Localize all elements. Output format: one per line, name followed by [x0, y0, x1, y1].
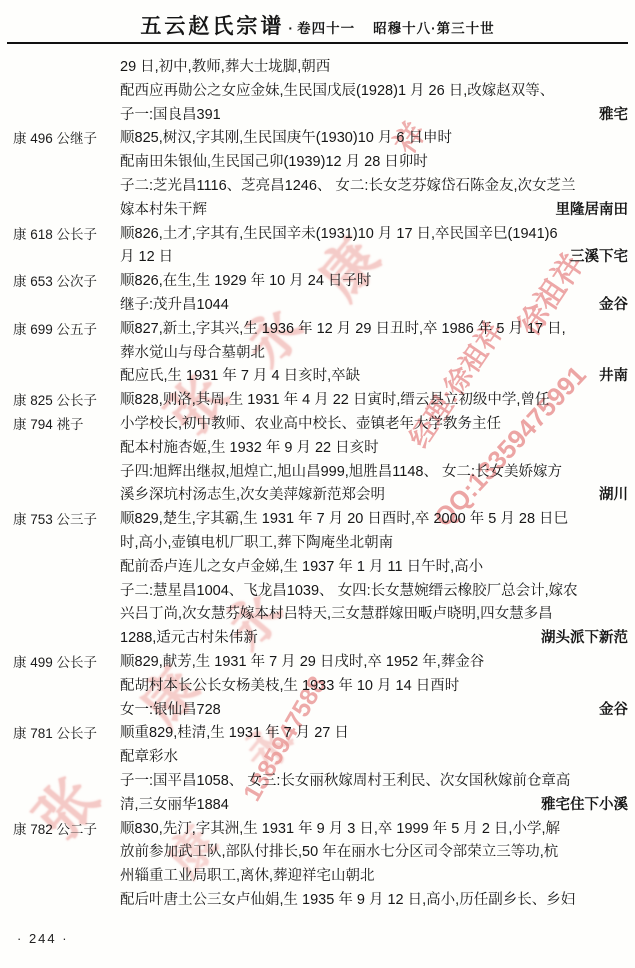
entry-line: 配前岙卢连儿之女卢金娣,生 1937 年 1 月 11 日午时,高小: [120, 556, 628, 580]
entry-line-text: 1288,适元古村朱伟新: [120, 627, 258, 651]
entry-line: 顺829,楚生,字其霸,生 1931 年 7 月 20 日酉时,卒 2000 年…: [120, 508, 628, 532]
entry-label: 康 782 公二子: [13, 818, 120, 842]
entry-label: 康 499 公长子: [13, 651, 120, 675]
entry-line-text: 子四:旭辉出继叔,旭煌亡,旭山昌999,旭胜昌1148、 女二:长女美娇嫁方: [120, 461, 562, 485]
entry-body: 顺828,则洛,其周,生 1931 年 4 月 22 日寅时,缙云县立初级中学,…: [120, 389, 635, 508]
entry-line: 清,三女丽华1884雅宅住下小溪: [120, 794, 628, 818]
genealogy-content: 29 日,初中,教师,葬大士垅脚,朝西配西应再勋公之女应金妹,生民国戊辰(192…: [0, 56, 635, 913]
entry-line-text: 配胡村本长公长女杨美枝,生 1933 年 10 月 14 日酉时: [120, 675, 459, 699]
entry-line-text: 继子:茂升昌1044: [120, 294, 229, 318]
entry-line: 子四:旭辉出继叔,旭煌亡,旭山昌999,旭胜昌1148、 女二:长女美娇嫁方: [120, 461, 628, 485]
location-tag: 金谷: [591, 294, 628, 318]
entry-line-text: 配章彩水: [120, 746, 178, 770]
location-tag: 雅宅: [591, 104, 628, 128]
entry-line: 继子:茂升昌1044金谷: [120, 294, 628, 318]
entry-label-column: 康 499 公长子: [0, 651, 120, 722]
entry-line: 女一:银仙昌728金谷: [120, 699, 628, 723]
entry-label-column: 康 781 公长子: [0, 722, 120, 817]
entry-body: 顺重829,桂清,生 1931 年 7 月 27 日配章彩水子一:国平昌1058…: [120, 722, 635, 817]
entry-line-text: 配南田朱银仙,生民国己卯(1939)12 月 28 日卯时: [120, 151, 428, 175]
entry-line-text: 配前岙卢连儿之女卢金娣,生 1937 年 1 月 11 日午时,高小: [120, 556, 483, 580]
entry-line-text: 女一:银仙昌728: [120, 699, 221, 723]
entry: 康 618 公长子顺826,土才,字其有,生民国辛未(1931)10 月 17 …: [0, 223, 635, 271]
entry: 康 499 公长子顺829,献芳,生 1931 年 7 月 29 日戌时,卒 1…: [0, 651, 635, 722]
entry-line-text: 葬水觉山与母合墓朝北: [120, 342, 265, 366]
entry-label: 康 618 公长子: [13, 223, 120, 247]
volume-label: 卷四十一: [297, 21, 355, 36]
entry-body: 顺827,新土,字其兴,生 1936 年 12 月 29 日丑时,卒 1986 …: [120, 318, 635, 389]
entry-line-text: 配应氏,生 1931 年 7 月 4 日亥时,卒缺: [120, 365, 360, 389]
entry-line-text: 溪乡深坑村汤志生,次女美萍嫁新范郑会明: [120, 484, 385, 508]
entry-line-text: 顺825,树汉,字其刚,生民国庚午(1930)10 月 6 日申时: [120, 127, 452, 151]
entry: 29 日,初中,教师,葬大士垅脚,朝西配西应再勋公之女应金妹,生民国戊辰(192…: [0, 56, 635, 127]
entry: 康 782 公二子顺830,先汀,字其洲,生 1931 年 9 月 3 日,卒 …: [0, 818, 635, 913]
entry-line-text: 时,高小,壶镇电机厂职工,葬下陶庵坐北朝南: [120, 532, 393, 556]
entry: 康 753 公三子顺829,楚生,字其霸,生 1931 年 7 月 20 日酉时…: [0, 508, 635, 651]
entry-line: 配西应再勋公之女应金妹,生民国戊辰(1928)1 月 26 日,改嫁赵双等、: [120, 80, 628, 104]
entry-label: 康 496 公继子: [13, 127, 120, 151]
entry-label-column: 康 618 公长子: [0, 223, 120, 271]
section-label: 昭穆十八·第三十世: [355, 21, 495, 36]
entry-line: 顺826,在生,生 1929 年 10 月 24 日子时: [120, 270, 628, 294]
page-header: 五云赵氏宗谱·卷四十一昭穆十八·第三十世: [0, 10, 635, 40]
entry: 康 699 公五子顺827,新土,字其兴,生 1936 年 12 月 29 日丑…: [0, 318, 635, 389]
entry-line-text: 配后叶唐土公三女卢仙娟,生 1935 年 9 月 12 日,高小,历任副乡长、乡…: [120, 889, 575, 913]
entry-line: 顺825,树汉,字其刚,生民国庚午(1930)10 月 6 日申时: [120, 127, 628, 151]
entry-line: 时,高小,壶镇电机厂职工,葬下陶庵坐北朝南: [120, 532, 628, 556]
entry-body: 顺829,献芳,生 1931 年 7 月 29 日戌时,卒 1952 年,葬金谷…: [120, 651, 635, 722]
entry-label: 康 825 公长子: [13, 389, 120, 413]
entry-line-text: 月 12 日: [120, 246, 173, 270]
entry-line-text: 子二:慧星昌1004、飞龙昌1039、 女四:长女慧婉缙云橡胶厂总会计,嫁农: [120, 580, 578, 604]
entry-line-text: 配西应再勋公之女应金妹,生民国戊辰(1928)1 月 26 日,改嫁赵双等、: [120, 80, 554, 104]
entry-label-column: 康 825 公长子康 794 祧子: [0, 389, 120, 508]
entry-body: 顺829,楚生,字其霸,生 1931 年 7 月 20 日酉时,卒 2000 年…: [120, 508, 635, 651]
location-tag: 湖头派下新范: [533, 627, 628, 651]
entry-line-text: 顺829,楚生,字其霸,生 1931 年 7 月 20 日酉时,卒 2000 年…: [120, 508, 568, 532]
page-number: · 244 ·: [17, 931, 69, 946]
entry-body: 顺826,土才,字其有,生民国辛未(1931)10 月 17 日,卒民国辛巳(1…: [120, 223, 635, 271]
entry-label-column: 康 782 公二子: [0, 818, 120, 913]
entry-line: 配胡村本长公长女杨美枝,生 1933 年 10 月 14 日酉时: [120, 675, 628, 699]
entry-label-column: 康 753 公三子: [0, 508, 120, 651]
entry-line: 小学校长,初中教师、农业高中校长、壶镇老年大学教务主任: [120, 413, 628, 437]
entry-line-text: 配本村施杏姬,生 1932 年 9 月 22 日亥时: [120, 437, 379, 461]
entry-line: 子一:国平昌1058、 女三:长女丽秋嫁周村王利民、次女国秋嫁前仓章高: [120, 770, 628, 794]
entry-label: 康 699 公五子: [13, 318, 120, 342]
entry-line-text: 顺828,则洛,其周,生 1931 年 4 月 22 日寅时,缙云县立初级中学,…: [120, 389, 549, 413]
entry-label-column: 康 496 公继子: [0, 127, 120, 222]
entry-label-column: 康 699 公五子: [0, 318, 120, 389]
entry-line: 配南田朱银仙,生民国己卯(1939)12 月 28 日卯时: [120, 151, 628, 175]
entry-line: 顺重829,桂清,生 1931 年 7 月 27 日: [120, 722, 628, 746]
entry-body: 29 日,初中,教师,葬大士垅脚,朝西配西应再勋公之女应金妹,生民国戊辰(192…: [120, 56, 635, 127]
entry-line: 顺830,先汀,字其洲,生 1931 年 9 月 3 日,卒 1999 年 5 …: [120, 818, 628, 842]
entry: 康 496 公继子顺825,树汉,字其刚,生民国庚午(1930)10 月 6 日…: [0, 127, 635, 222]
entry-line-text: 子一:国平昌1058、 女三:长女丽秋嫁周村王利民、次女国秋嫁前仓章高: [120, 770, 570, 794]
entry-line: 顺829,献芳,生 1931 年 7 月 29 日戌时,卒 1952 年,葬金谷: [120, 651, 628, 675]
entry-label: 康 781 公长子: [13, 722, 120, 746]
entry-line-text: 嫁本村朱干辉: [120, 199, 207, 223]
location-tag: 里隆居南田: [548, 199, 629, 223]
entry-line: 配本村施杏姬,生 1932 年 9 月 22 日亥时: [120, 437, 628, 461]
entry-line-text: 顺826,土才,字其有,生民国辛未(1931)10 月 17 日,卒民国辛巳(1…: [120, 223, 558, 247]
entry-line-text: 顺826,在生,生 1929 年 10 月 24 日子时: [120, 270, 371, 294]
location-tag: 雅宅住下小溪: [533, 794, 628, 818]
entry: 康 825 公长子康 794 祧子顺828,则洛,其周,生 1931 年 4 月…: [0, 389, 635, 508]
entry-line-text: 顺重829,桂清,生 1931 年 7 月 27 日: [120, 722, 349, 746]
entry-line: 子二:慧星昌1004、飞龙昌1039、 女四:长女慧婉缙云橡胶厂总会计,嫁农: [120, 580, 628, 604]
entry-line: 配应氏,生 1931 年 7 月 4 日亥时,卒缺井南: [120, 365, 628, 389]
entry: 康 781 公长子顺重829,桂清,生 1931 年 7 月 27 日配章彩水子…: [0, 722, 635, 817]
entry-line: 1288,适元古村朱伟新湖头派下新范: [120, 627, 628, 651]
entry-line-text: 顺829,献芳,生 1931 年 7 月 29 日戌时,卒 1952 年,葬金谷: [120, 651, 484, 675]
header-divider: [7, 42, 628, 44]
entry-line-text: 兴吕丁尚,次女慧芬嫁本村吕特天,三女慧群嫁田畈卢晓明,四女慧多昌: [120, 603, 553, 627]
title-separator: ·: [284, 20, 297, 36]
entry-line-text: 子一:国良昌391: [120, 104, 221, 128]
entry-line: 配章彩水: [120, 746, 628, 770]
entry-line-text: 小学校长,初中教师、农业高中校长、壶镇老年大学教务主任: [120, 413, 501, 437]
entry-line: 顺827,新土,字其兴,生 1936 年 12 月 29 日丑时,卒 1986 …: [120, 318, 628, 342]
entry-body: 顺830,先汀,字其洲,生 1931 年 9 月 3 日,卒 1999 年 5 …: [120, 818, 635, 913]
entry-line: 放前参加武工队,部队付排长,50 年在丽水七分区司令部荣立三等功,杭: [120, 841, 628, 865]
entry-line: 29 日,初中,教师,葬大士垅脚,朝西: [120, 56, 628, 80]
entry-line: 溪乡深坑村汤志生,次女美萍嫁新范郑会明湖川: [120, 484, 628, 508]
entry-line: 顺828,则洛,其周,生 1931 年 4 月 22 日寅时,缙云县立初级中学,…: [120, 389, 628, 413]
entry-line: 子二:芝光昌1116、芝亮昌1246、 女二:长女芝芬嫁岱石陈金友,次女芝兰: [120, 175, 628, 199]
genealogy-page: 祥徐祖祥经理:徐祖祥QQ:133594759911385947588康永张永康张…: [0, 0, 635, 968]
entry-line: 月 12 日三溪下宅: [120, 246, 628, 270]
entry-line: 州辎重工业局职工,离休,葬迎祥宅山朝北: [120, 865, 628, 889]
entry-label: 康 653 公次子: [13, 270, 120, 294]
entry-line: 子一:国良昌391雅宅: [120, 104, 628, 128]
entry-line-text: 清,三女丽华1884: [120, 794, 229, 818]
entry-line: 配后叶唐土公三女卢仙娟,生 1935 年 9 月 12 日,高小,历任副乡长、乡…: [120, 889, 628, 913]
entry-body: 顺825,树汉,字其刚,生民国庚午(1930)10 月 6 日申时配南田朱银仙,…: [120, 127, 635, 222]
entry-line: 嫁本村朱干辉里隆居南田: [120, 199, 628, 223]
book-title: 五云赵氏宗谱: [140, 15, 284, 38]
location-tag: 井南: [591, 365, 628, 389]
entry-body: 顺826,在生,生 1929 年 10 月 24 日子时继子:茂升昌1044金谷: [120, 270, 635, 318]
location-tag: 金谷: [591, 699, 628, 723]
entry-line-text: 放前参加武工队,部队付排长,50 年在丽水七分区司令部荣立三等功,杭: [120, 841, 558, 865]
entry-line-text: 州辎重工业局职工,离休,葬迎祥宅山朝北: [120, 865, 375, 889]
entry-line: 顺826,土才,字其有,生民国辛未(1931)10 月 17 日,卒民国辛巳(1…: [120, 223, 628, 247]
entry-label-column: 康 653 公次子: [0, 270, 120, 318]
entry-line: 葬水觉山与母合墓朝北: [120, 342, 628, 366]
entry-line-text: 29 日,初中,教师,葬大士垅脚,朝西: [120, 56, 330, 80]
entry-line-text: 子二:芝光昌1116、芝亮昌1246、 女二:长女芝芬嫁岱石陈金友,次女芝兰: [120, 175, 575, 199]
location-tag: 三溪下宅: [562, 246, 628, 270]
entry-line: 兴吕丁尚,次女慧芬嫁本村吕特天,三女慧群嫁田畈卢晓明,四女慧多昌: [120, 603, 628, 627]
location-tag: 湖川: [591, 484, 628, 508]
entry-label: 康 753 公三子: [13, 508, 120, 532]
entry: 康 653 公次子顺826,在生,生 1929 年 10 月 24 日子时继子:…: [0, 270, 635, 318]
entry-line-text: 顺827,新土,字其兴,生 1936 年 12 月 29 日丑时,卒 1986 …: [120, 318, 566, 342]
entry-label: 康 794 祧子: [13, 413, 120, 437]
entry-line-text: 顺830,先汀,字其洲,生 1931 年 9 月 3 日,卒 1999 年 5 …: [120, 818, 560, 842]
entry-label-column: [0, 56, 120, 127]
